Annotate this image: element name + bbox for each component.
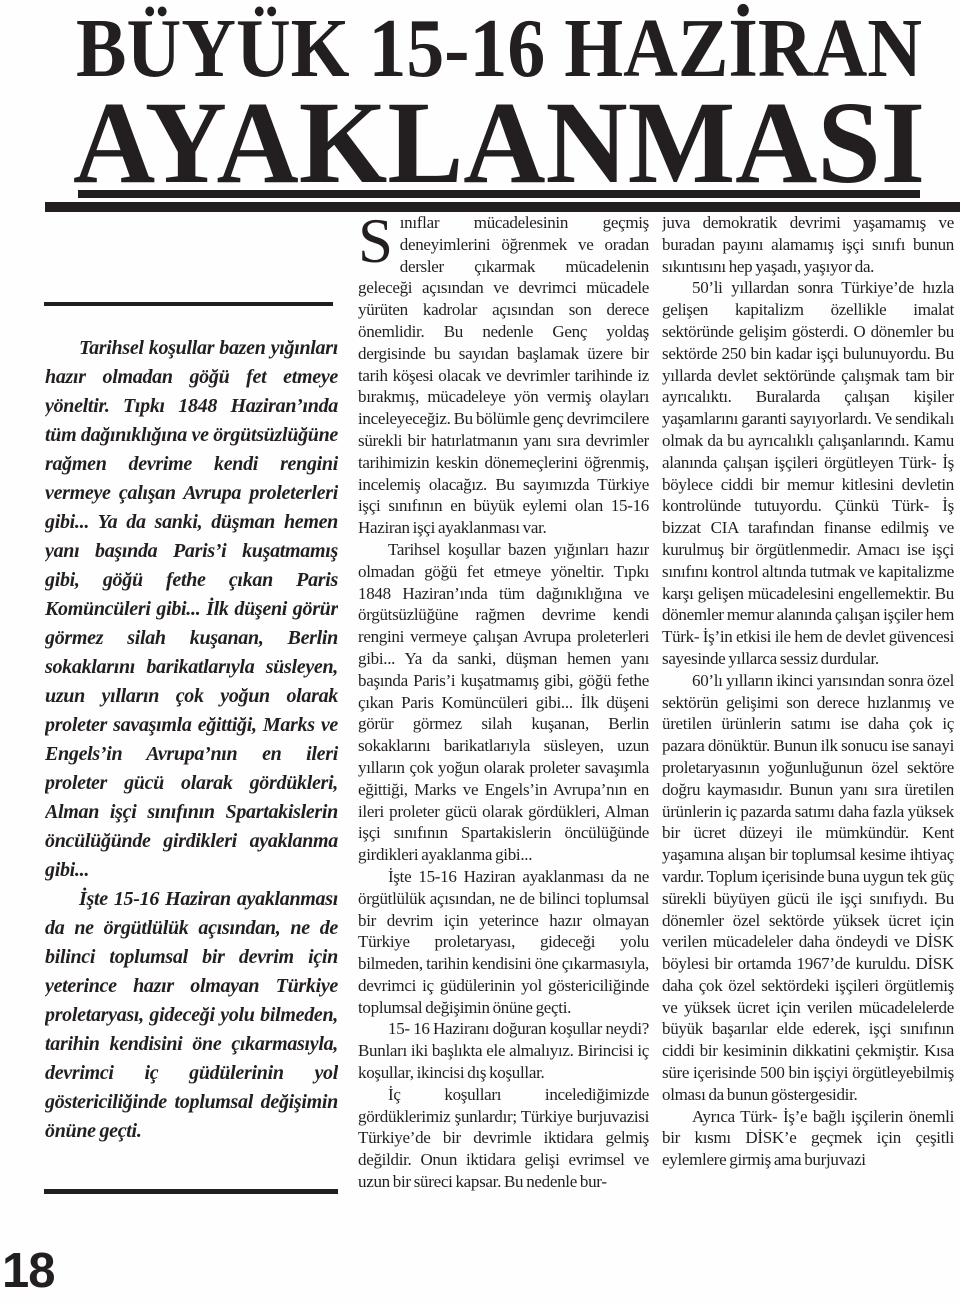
body-column-middle: Sınıflar mücadelesinin geçmiş deneyimler… [358, 212, 649, 1304]
pull-quote-paragraph: Tarihsel koşullar bazen yığınları hazır … [45, 334, 338, 885]
body-paragraph: Tarihsel koşullar bazen yığınları hazır … [358, 539, 649, 866]
lead-paragraph: Sınıflar mücadelesinin geçmiş deneyimler… [358, 212, 649, 539]
magazine-page: BÜYÜK 15-16 HAZİRAN AYAKLANMASI Tarihsel… [0, 0, 960, 1304]
body-paragraph: İç koşulları incelediğimizde gördüklerim… [358, 1084, 649, 1193]
body-paragraph: 15- 16 Haziranı doğuran koşullar neydi? … [358, 1018, 649, 1083]
masthead: BÜYÜK 15-16 HAZİRAN AYAKLANMASI [68, 0, 930, 188]
page-number: 18 [2, 1247, 55, 1296]
pull-quote-rule-top [44, 302, 333, 306]
body-paragraph: juva demokratik devrimi yaşamamış ve bur… [662, 212, 954, 277]
lead-paragraph-text: ınıflar mücadelesinin geçmiş deneyimleri… [358, 213, 649, 537]
body-paragraph: 50’li yıllardan sonra Türkiye’de hızla g… [662, 277, 954, 669]
body-paragraph: İşte 15-16 Haziran ayaklanması da ne örg… [358, 866, 649, 1019]
title-rule-lower [45, 202, 960, 212]
drop-cap: S [358, 212, 400, 266]
pull-quote: Tarihsel koşullar bazen yığınları hazır … [45, 334, 338, 1146]
title-rule-upper [78, 190, 920, 198]
body-paragraph: 60’lı yılların ikinci yarısından sonra ö… [662, 670, 954, 1106]
pull-quote-paragraph: İşte 15-16 Haziran ayaklanması da ne örg… [45, 885, 338, 1146]
body-paragraph: Ayrıca Türk- İş’e bağlı işçilerin önemli… [662, 1106, 954, 1171]
body-column-right: juva demokratik devrimi yaşamamış ve bur… [662, 212, 954, 1304]
masthead-title-line2: AYAKLANMASI [73, 77, 925, 188]
pull-quote-rule-bottom [44, 1189, 338, 1194]
